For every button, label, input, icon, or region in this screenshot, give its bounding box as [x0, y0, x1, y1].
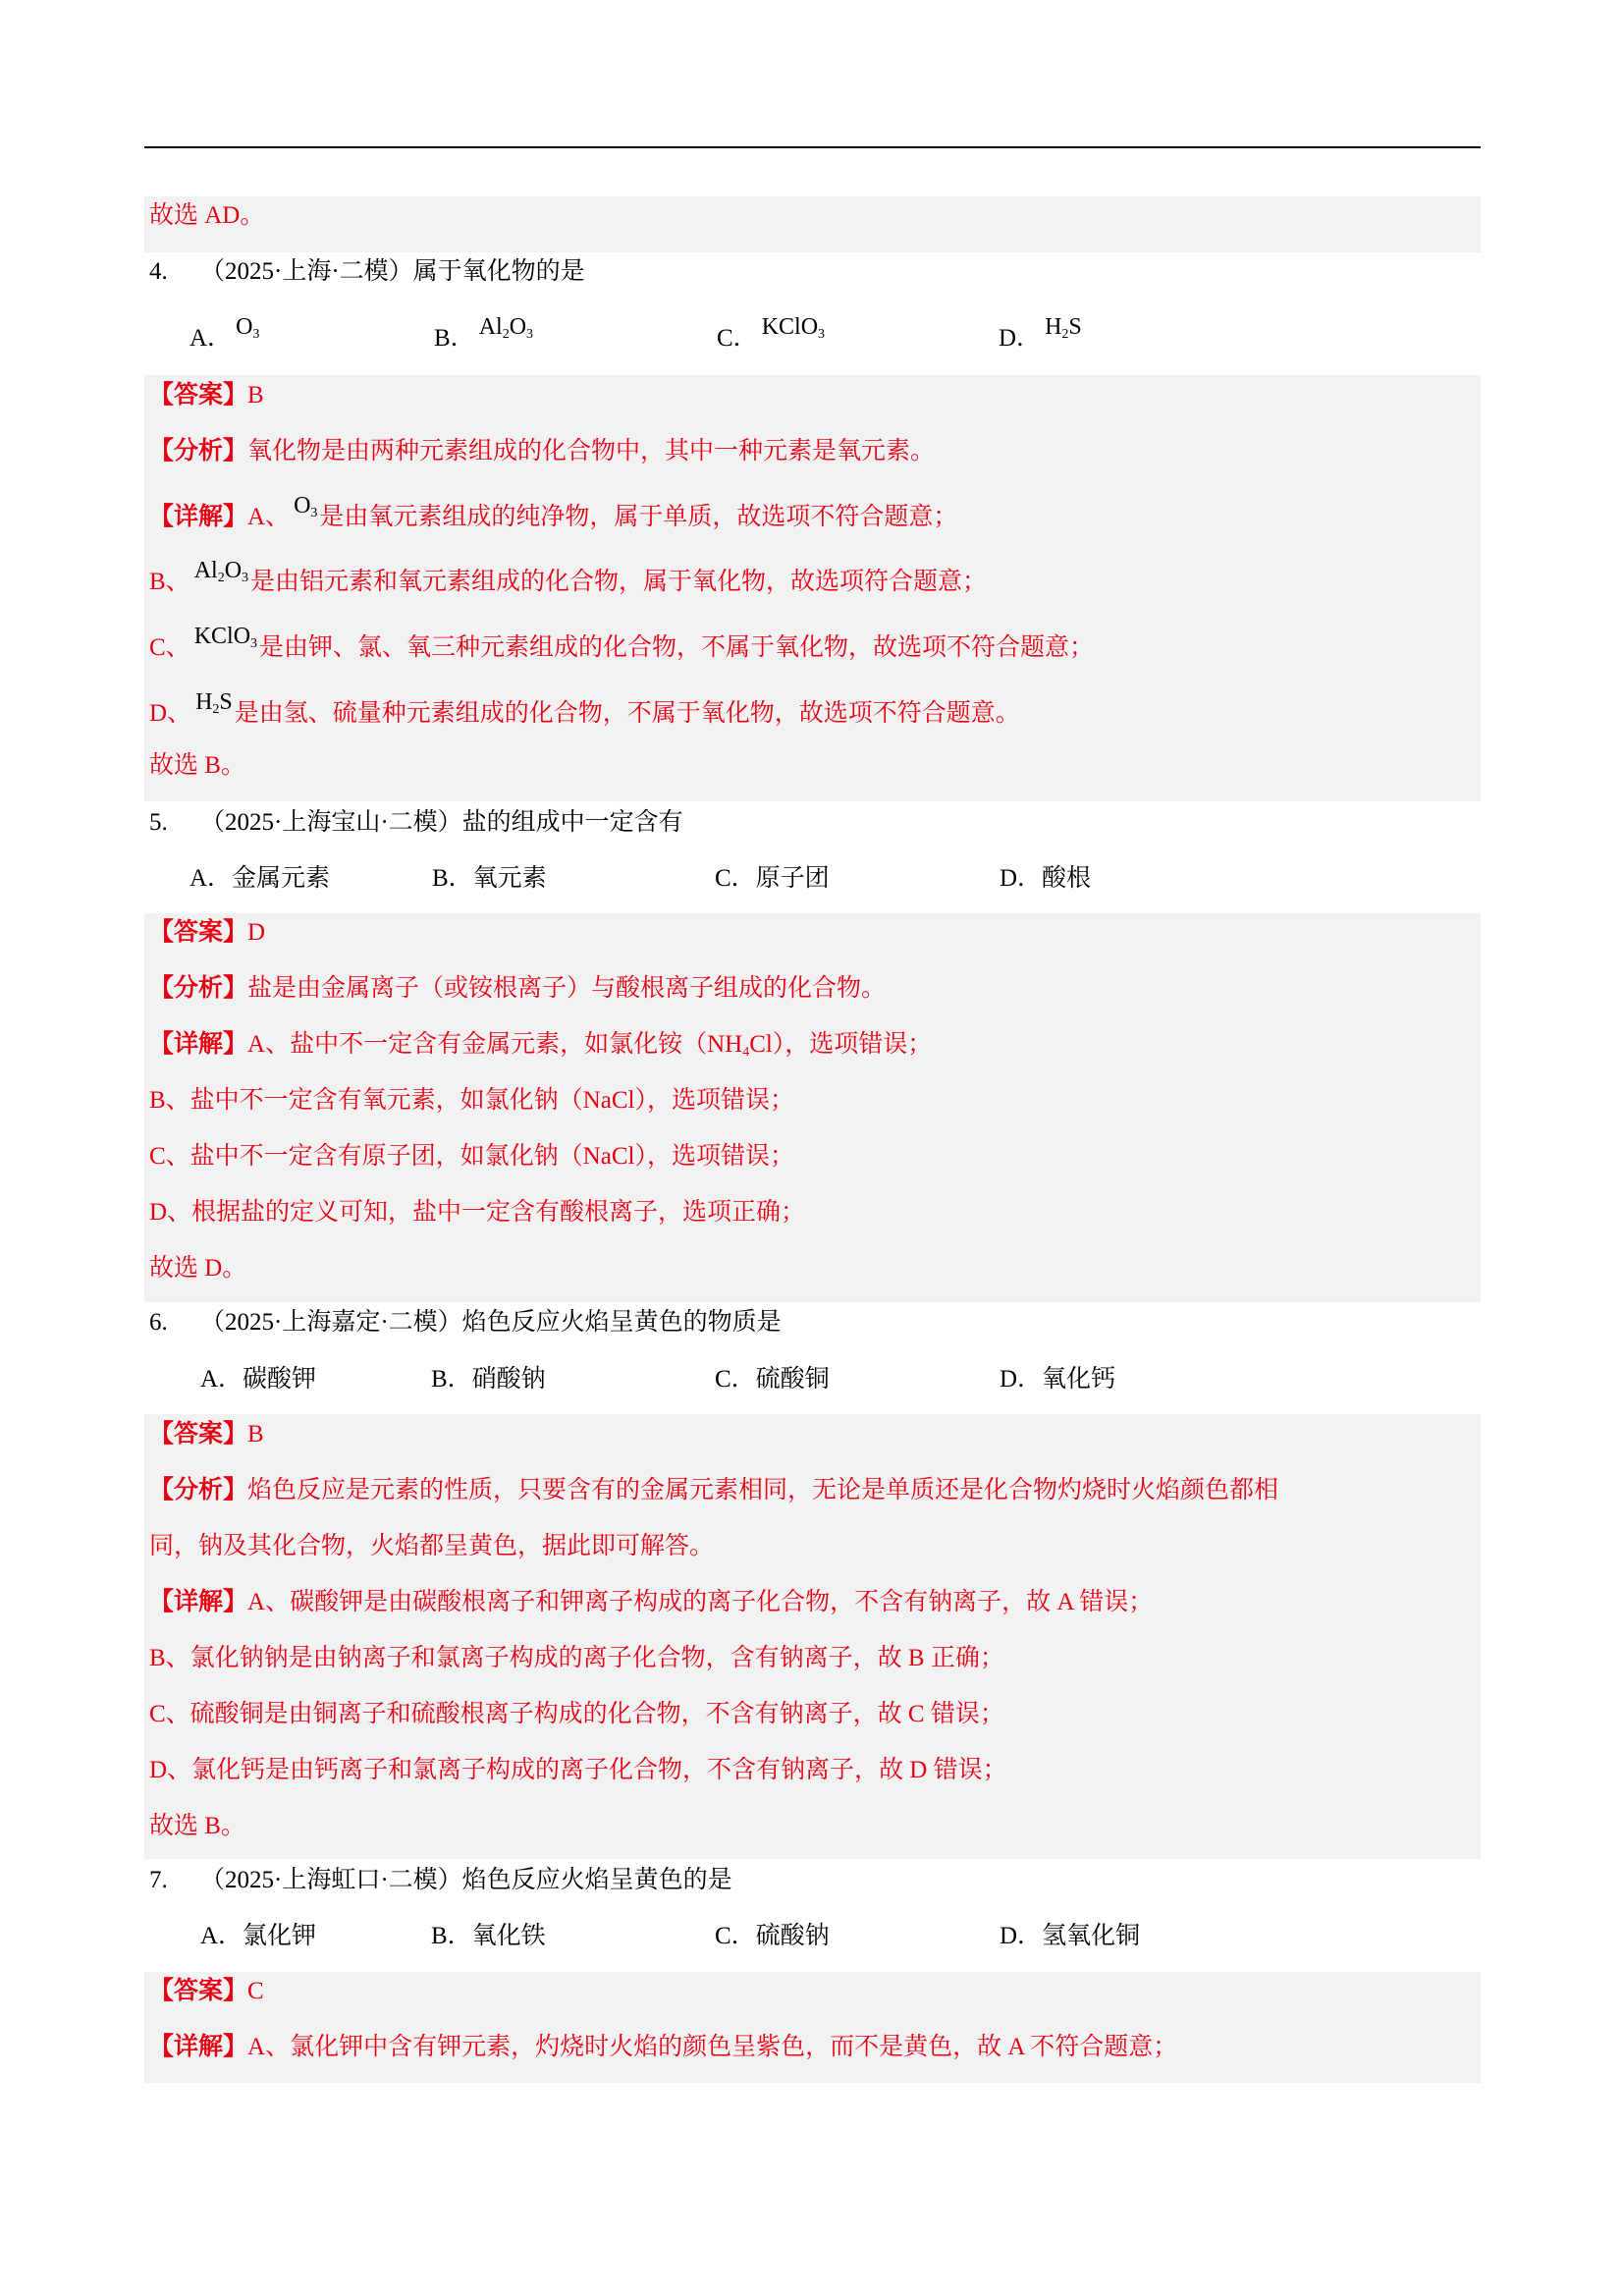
formula: O3 [236, 314, 259, 340]
detail-line-c: C、盐中不一定含有原子团，如氯化钠（NaCl），选项错误； [149, 1142, 794, 1172]
answer-line: 【答案】D [149, 918, 265, 948]
detail-line-d: D、H2S是由氢、硫量种元素组成的化合物，不属于氧化物，故选项不符合题意。 [149, 699, 1020, 737]
detail-line-b: B、Al2O3是由铝元素和氧元素组成的化合物，属于氧化物，故选项符合题意； [149, 568, 987, 605]
answer-block-q7 [144, 1972, 1481, 2083]
analysis-line: 【分析】焰色反应是元素的性质，只要含有的金属元素相同，无论是单质还是化合物灼烧时… [149, 1476, 1278, 1505]
analysis-line-2: 同，钠及其化合物，火焰都呈黄色，据此即可解答。 [149, 1532, 714, 1561]
detail-line-b: B、氯化钠钠是由钠离子和氯离子构成的离子化合物，含有钠离子，故 B 正确； [149, 1644, 1004, 1673]
option-label: A． [189, 325, 232, 352]
option-b[interactable]: B．氧化铁 [431, 1922, 546, 1951]
option-a[interactable]: A．O3 [189, 324, 261, 361]
option-b[interactable]: B．Al2O3 [434, 324, 535, 361]
formula: KClO3 [762, 314, 825, 340]
conclusion-line: 故选 B。 [149, 1812, 245, 1841]
prev-conclusion: 故选 AD。 [149, 201, 264, 231]
answer-block-prev [144, 196, 1481, 252]
header-rule [144, 146, 1481, 148]
option-d[interactable]: D．氢氧化铜 [1000, 1922, 1140, 1951]
option-d[interactable]: D．H2S [999, 324, 1084, 361]
answer-line: 【答案】B [149, 381, 264, 410]
question-number: 6. [149, 1308, 200, 1338]
option-c[interactable]: C．硫酸钠 [715, 1922, 830, 1951]
detail-line-c: C、KClO3是由钾、氯、氧三种元素组成的化合物，不属于氧化物，故选项不符合题意… [149, 633, 1094, 671]
question-text: （2025·上海·二模）属于氧化物的是 [200, 258, 585, 285]
option-c[interactable]: C．KClO3 [717, 324, 827, 361]
option-label: B． [434, 325, 475, 352]
answer-line: 【答案】B [149, 1420, 264, 1449]
question-7-stem: 7.（2025·上海虹口·二模）焰色反应火焰呈黄色的是 [149, 1866, 732, 1895]
detail-line-c: C、硫酸铜是由铜离子和硫酸根离子构成的化合物，不含有钠离子，故 C 错误； [149, 1700, 1004, 1729]
detail-line-a: 【详解】A、碳酸钾是由碳酸根离子和钾离子构成的离子化合物，不含有钠离子，故 A … [149, 1588, 1153, 1617]
conclusion-line: 故选 B。 [149, 751, 245, 781]
formula: H2S [1045, 314, 1082, 340]
question-4-stem: 4.（2025·上海·二模）属于氧化物的是 [149, 257, 585, 287]
option-label: D． [999, 325, 1041, 352]
detail-line-a: 【详解】A、氯化钾中含有钾元素，灼烧时火焰的颜色呈紫色，而不是黄色，故 A 不符… [149, 2033, 1177, 2062]
conclusion-line: 故选 D。 [149, 1254, 246, 1284]
option-c[interactable]: C．硫酸铜 [715, 1365, 830, 1394]
question-number: 7. [149, 1866, 200, 1895]
option-b[interactable]: B．氧元素 [432, 864, 547, 894]
question-6-stem: 6.（2025·上海嘉定·二模）焰色反应火焰呈黄色的物质是 [149, 1308, 782, 1338]
analysis-line: 【分析】氧化物是由两种元素组成的化合物中，其中一种元素是氧元素。 [149, 437, 935, 466]
formula: Al2O3 [479, 314, 533, 340]
option-a[interactable]: A．碳酸钾 [200, 1365, 316, 1394]
question-text: （2025·上海嘉定·二模）焰色反应火焰呈黄色的物质是 [200, 1309, 782, 1336]
option-d[interactable]: D．酸根 [1000, 864, 1091, 894]
option-a[interactable]: A．氯化钾 [200, 1922, 316, 1951]
option-b[interactable]: B．硝酸钠 [431, 1365, 546, 1394]
answer-line: 【答案】C [149, 1977, 264, 2006]
question-text: （2025·上海虹口·二模）焰色反应火焰呈黄色的是 [200, 1867, 732, 1893]
analysis-line: 【分析】盐是由金属离子（或铵根离子）与酸根离子组成的化合物。 [149, 974, 886, 1004]
detail-line-d: D、根据盐的定义可知，盐中一定含有酸根离子，选项正确； [149, 1198, 805, 1228]
detail-line-b: B、盐中不一定含有氧元素，如氯化钠（NaCl），选项错误； [149, 1086, 794, 1116]
question-text: （2025·上海宝山·二模）盐的组成中一定含有 [200, 809, 683, 836]
detail-line-a: 【详解】A、盐中不一定含有金属元素，如氯化铵（NH4Cl），选项错误； [149, 1030, 932, 1067]
question-number: 5. [149, 808, 200, 838]
option-a[interactable]: A．金属元素 [189, 864, 330, 894]
option-d[interactable]: D．氧化钙 [1000, 1365, 1115, 1394]
detail-line-a: 【详解】A、O3是由氧元素组成的纯净物，属于单质，故选项不符合题意； [149, 503, 957, 540]
detail-line-d: D、氯化钙是由钙离子和氯离子构成的离子化合物，不含有钠离子，故 D 错误； [149, 1756, 1007, 1785]
question-5-stem: 5.（2025·上海宝山·二模）盐的组成中一定含有 [149, 808, 683, 838]
option-c[interactable]: C．原子团 [715, 864, 830, 894]
question-number: 4. [149, 257, 200, 287]
option-label: C． [717, 325, 758, 352]
